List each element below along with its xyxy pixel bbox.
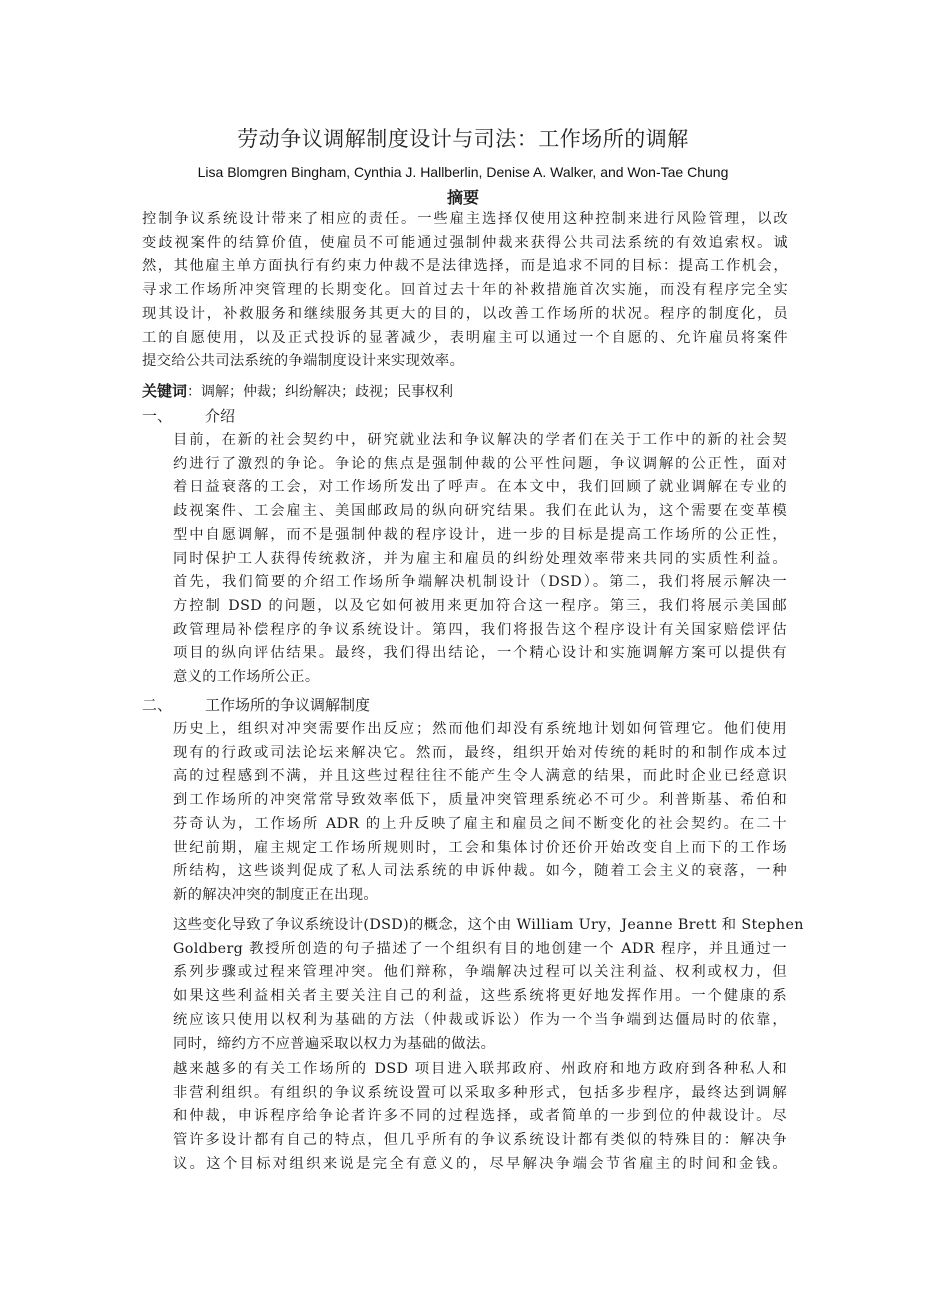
abstract-line: 现其设计，补救服务和继续服务其更大的目的，以改善工作场所的状况。程序的制度化，员: [142, 303, 788, 327]
paragraph-line: 歧视案件、工会雇主、美国邮政局的纵向研究结果。我们在此认为，这个需要在变革模: [173, 500, 787, 524]
paragraph-line: 和仲裁，申诉程序给争论者许多不同的过程选择，或者简单的一步到位的仲裁设计。尽: [173, 1105, 787, 1129]
section-2-paragraph-3: 越来越多的有关工作场所的 DSD 项目进入联邦政府、州政府和地方政府到各种私人和…: [173, 1058, 787, 1177]
paragraph-line: 议。这个目标对组织来说是完全有意义的，尽早解决争端会节省雇主的时间和金钱。: [173, 1153, 787, 1177]
paragraph-line: 越来越多的有关工作场所的 DSD 项目进入联邦政府、州政府和地方政府到各种私人和: [173, 1058, 787, 1082]
section-number: 一、: [142, 404, 205, 428]
abstract-line: 工的自愿使用，以及正式投诉的显著减少，表明雇主可以通过一个自愿的、允许雇员将案件: [142, 327, 788, 351]
abstract-line: 变歧视案件的结算价值，使雇员不可能通过强制仲裁来获得公共司法系统的有效追索权。诚: [142, 232, 788, 256]
paragraph-line: 所结构，这些谈判促成了私人司法系统的申诉仲裁。如今，随着工会主义的衰落，一种: [173, 860, 787, 884]
section-1-paragraph-1: 目前，在新的社会契约中，研究就业法和争议解决的学者们在关于工作中的新的社会契 约…: [173, 429, 787, 690]
paragraph-line: 非营利组织。有组织的争议系统设置可以采取多种形式，包括多步程序，最终达到调解: [173, 1082, 787, 1106]
paragraph-line: Goldberg 教授所创造的句子描述了一个组织有目的地创建一个 ADR 程序，…: [173, 938, 787, 962]
keywords: 关键词：调解；仲裁；纠纷解决；歧视；民事权利: [142, 379, 453, 404]
paragraph-line: 如果这些利益相关者主要关注自己的利益，这些系统将更好地发挥作用。一个健康的系: [173, 985, 787, 1009]
keywords-label: 关键词: [142, 382, 187, 400]
abstract-body: 控制争议系统设计带来了相应的责任。一些雇主选择仅使用这种控制来进行风险管理，以改…: [142, 208, 788, 374]
paragraph-line: 统应该只使用以权利为基础的方法（仲裁或诉讼）作为一个当争端到达僵局时的依靠，: [173, 1009, 787, 1033]
paragraph-line: 高的过程感到不满，并且这些过程往往不能产生令人满意的结果，而此时企业已经意识: [173, 765, 787, 789]
paragraph-line: 着日益衰落的工会，对工作场所发出了呼声。在本文中，我们回顾了就业调解在专业的: [173, 476, 787, 500]
section-heading-workplace-mediation: 二、工作场所的争议调解制度: [142, 693, 370, 717]
section-number: 二、: [142, 693, 205, 717]
authors-line: Lisa Blomgren Bingham, Cynthia J. Hallbe…: [0, 164, 926, 180]
paragraph-line: 芬奇认为，工作场所 ADR 的上升反映了雇主和雇员之间不断变化的社会契约。在二十: [173, 813, 787, 837]
section-title: 工作场所的争议调解制度: [205, 696, 370, 714]
paragraph-line: 同时，缔约方不应普遍采取以权力为基础的做法。: [173, 1033, 787, 1057]
paragraph-line: 管许多设计都有自己的特点，但几乎所有的争议系统设计都有类似的特殊目的：解决争: [173, 1129, 787, 1153]
paragraph-line: 新的解决冲突的制度正在出现。: [173, 884, 787, 908]
paragraph-line: 到工作场所的冲突常常导致效率低下，质量冲突管理系统必不可少。利普斯基、希伯和: [173, 789, 787, 813]
abstract-line: 寻求工作场所冲突管理的长期变化。回首过去十年的补救措施首次实施，而没有程序完全实: [142, 279, 788, 303]
abstract-line: 控制争议系统设计带来了相应的责任。一些雇主选择仅使用这种控制来进行风险管理，以改: [142, 208, 788, 232]
keywords-separator: ：: [187, 384, 201, 400]
paragraph-line: 型中自愿调解，而不是强制仲裁的程序设计，进一步的目标是提高工作场所的公正性，: [173, 524, 787, 548]
section-heading-introduction: 一、介绍: [142, 404, 235, 428]
paragraph-line: 项目的纵向评估结果。最终，我们得出结论，一个精心设计和实施调解方案可以提供有: [173, 642, 787, 666]
paragraph-line: 历史上，组织对冲突需要作出反应；然而他们却没有系统地计划如何管理它。他们使用: [173, 718, 787, 742]
section-2-paragraph-2: 这些变化导致了争议系统设计(DSD)的概念，这个由 William Ury，Je…: [173, 914, 787, 1056]
section-2-paragraph-1: 历史上，组织对冲突需要作出反应；然而他们却没有系统地计划如何管理它。他们使用 现…: [173, 718, 787, 908]
keywords-value: 调解；仲裁；纠纷解决；歧视；民事权利: [201, 384, 453, 400]
paragraph-line: 目前，在新的社会契约中，研究就业法和争议解决的学者们在关于工作中的新的社会契: [173, 429, 787, 453]
paragraph-line: 同时保护工人获得传统救济，并为雇主和雇员的纠纷处理效率带来共同的实质性利益。: [173, 548, 787, 572]
paragraph-line: 约进行了激烈的争论。争论的焦点是强制仲裁的公平性问题，争议调解的公正性，面对: [173, 453, 787, 477]
abstract-line: 然，其他雇主单方面执行有约束力仲裁不是法律选择，而是追求不同的目标：提高工作机会…: [142, 255, 788, 279]
paragraph-line: 政管理局补偿程序的争议系统设计。第四，我们将报告这个程序设计有关国家赔偿评估: [173, 619, 787, 643]
paragraph-line: 世纪前期，雇主规定工作场所规则时，工会和集体讨价还价开始改变自上而下的工作场: [173, 837, 787, 861]
paragraph-line: 系列步骤或过程来管理冲突。他们辩称，争端解决过程可以关注利益、权利或权力，但: [173, 961, 787, 985]
abstract-line: 提交给公共司法系统的争端制度设计来实现效率。: [142, 350, 788, 374]
document-title: 劳动争议调解制度设计与司法：工作场所的调解: [0, 123, 926, 153]
section-title: 介绍: [205, 407, 235, 425]
paragraph-line: 方控制 DSD 的问题，以及它如何被用来更加符合这一程序。第三，我们将展示美国邮: [173, 595, 787, 619]
paragraph-line: 意义的工作场所公正。: [173, 666, 787, 690]
paragraph-line: 现有的行政或司法论坛来解决它。然而，最终，组织开始对传统的耗时的和制作成本过: [173, 742, 787, 766]
paragraph-line: 首先，我们简要的介绍工作场所争端解决机制设计（DSD）。第二，我们将展示解决一: [173, 571, 787, 595]
abstract-heading: 摘要: [0, 185, 926, 208]
paragraph-line: 这些变化导致了争议系统设计(DSD)的概念，这个由 William Ury，Je…: [173, 914, 787, 938]
